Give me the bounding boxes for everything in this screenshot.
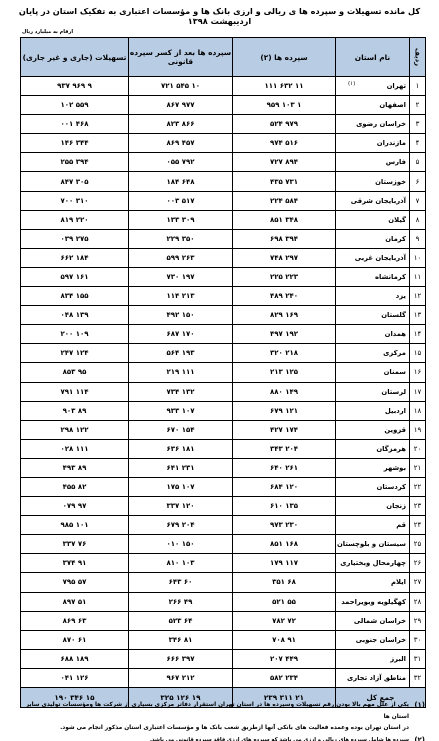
table-header-row: ردیف نام استان سپرده ها (۲) سپرده ها بعد… [21,38,426,77]
province-label: آذربایجان شرقی [351,197,406,205]
deposits-after-reserve-cell: ۲۰۴ ۶۷۹ [129,516,233,535]
table-row: ۵فارس۸۹۴ ۷۲۷۷۹۲ ۰۵۵۳۹۴ ۲۵۵ [21,153,426,172]
province-name: آذربایجان غربی [336,248,410,267]
deposits-cell: ۱۴۹ ۸۸۰ [233,382,336,401]
province-label: خراسان شمالی [354,617,406,625]
province-name: لرستان [336,382,410,401]
row-number: ۳ [410,115,426,134]
province-name: بوشهر [336,458,410,477]
province-name: همدان [336,325,410,344]
loans-cell: ۱۶۱ ۵۹۷ [21,267,129,286]
row-number: ۲۵ [410,535,426,554]
table-row: ۲۴قم۲۳۰ ۹۷۳۲۰۴ ۶۷۹۱۰۱ ۹۸۵ [21,516,426,535]
table-row: ۳۱البرز۴۴۹ ۲۰۷۳۹۷ ۶۶۶۱۸۹ ۶۸۸ [21,649,426,668]
province-name: قم [336,516,410,535]
province-name: تهران(۱) [336,77,410,96]
deposits-after-reserve-cell: ۱۲۰ ۳۳۷ [129,497,233,516]
footnote-marker: (۱) [409,700,425,723]
deposits-cell: ۱۲۰ ۶۸۴ [233,477,336,496]
loans-cell: ۱۲۴ ۲۴۷ [21,344,129,363]
table-row: ۶خوزستان۷۳۱ ۴۳۵۶۴۸ ۱۸۴۳۰۵ ۸۴۷ [21,172,426,191]
loans-cell: ۱۲۶ ۰۴۱ [21,668,129,687]
province-label: خراسان رضوی [356,120,406,128]
row-number: ۱۰ [410,248,426,267]
province-label: زنجان [386,502,406,510]
loans-cell: ۸۹ ۹۰۳ [21,401,129,420]
header-row-number: ردیف [410,38,426,77]
table-row: ۱۷لرستان۱۴۹ ۸۸۰۱۳۲ ۷۳۴۱۱۴ ۷۹۱ [21,382,426,401]
deposits-after-reserve-cell: ۱۵۰ ۴۹۲ [129,306,233,325]
table-row: ۱۰آذربایجان غربی۲۹۷ ۷۴۸۲۶۳ ۵۹۹۱۸۴ ۶۶۲ [21,248,426,267]
deposits-after-reserve-cell: ۴۹ ۲۶۶ [129,592,233,611]
deposits-cell: ۷۲ ۷۸۲ [233,611,336,630]
header-province: نام استان [336,38,410,77]
province-label: چهارمحال وبختیاری [340,559,406,567]
footnote-ref: (۱) [348,81,355,87]
row-number: ۱۹ [410,420,426,439]
loans-cell: ۹۱ ۳۷۴ [21,554,129,573]
province-name: کهگیلویه وبویراحمد [336,592,410,611]
table-row: ۱۵مرکزی۲۱۸ ۳۲۰۱۹۳ ۵۶۴۱۲۴ ۲۴۷ [21,344,426,363]
loans-cell: ۱۱۱ ۰۲۸ [21,439,129,458]
province-name: اردبیل [336,401,410,420]
table-row: ۲۵سیستان و بلوچستان۱۶۸ ۸۵۱۱۵۰ ۰۱۰۷۶ ۳۳۷ [21,535,426,554]
footnote-text: سپرده ها شامل سپرده های ریالی و ارزی می … [150,735,409,741]
loans-cell: ۱۸۹ ۶۸۸ [21,649,129,668]
province-name: کردستان [336,477,410,496]
province-label: خراسان جنوبی [356,636,406,644]
province-label: ایلام [391,578,406,586]
deposits-after-reserve-cell: ۱۵۴ ۶۷۰ [129,420,233,439]
loans-cell: ۱۲۲ ۲۹۸ [21,420,129,439]
deposits-after-reserve-cell: ۵۱۷ ۰۰۳ [129,191,233,210]
deposits-cell: ۲۳۰ ۹۷۳ [233,516,336,535]
province-name: ایلام [336,573,410,592]
province-name: یزد [336,287,410,306]
province-label: کردستان [377,483,406,491]
deposits-after-reserve-cell: ۱۸۱ ۶۳۶ [129,439,233,458]
province-label: البرز [390,655,406,663]
province-label: اردبیل [385,407,406,415]
loans-cell: ۳۰۵ ۸۴۷ [21,172,129,191]
province-label: همدان [385,330,406,338]
province-name: مناطق آزاد تجاری [336,668,410,687]
deposits-cell: ۶۸ ۳۵۱ [233,573,336,592]
deposits-cell: ۲۲۳ ۲۲۵ [233,267,336,286]
deposits-after-reserve-cell: ۶۴۸ ۱۸۴ [129,172,233,191]
loans-cell: ۲۷۵ ۰۳۹ [21,229,129,248]
province-label: کهگیلویه وبویراحمد [341,598,406,606]
row-number: ۴ [410,134,426,153]
header-deposits: سپرده ها (۲) [233,38,336,77]
deposits-cell: ۱۲۱ ۶۷۹ [233,401,336,420]
deposits-after-reserve-cell: ۳۵۰ ۲۲۹ [129,229,233,248]
province-name: گیلان [336,210,410,229]
deposits-after-reserve-cell: ۱۱۱ ۲۱۹ [129,363,233,382]
province-label: بوشهر [384,464,406,472]
row-number: ۱۷ [410,382,426,401]
deposits-cell: ۱۱ ۶۳۲ ۱۱۱ [233,77,336,96]
header-loans: تسهیلات (جاری و غیر جاری) [21,38,129,77]
province-label: مازندران [377,139,406,147]
deposits-cell: ۵۱۶ ۹۷۴ [233,134,336,153]
province-name: چهارمحال وبختیاری [336,554,410,573]
footnote-text: یکی از علل مهم بالا بودن رقم تسهیلات وسپ… [20,700,409,723]
deposits-cell: ۱۶۹ ۸۲۹ [233,306,336,325]
deposits-after-reserve-cell: ۱۹۷ ۷۳۰ [129,267,233,286]
deposits-cell: ۱۳۵ ۶۱۰ [233,497,336,516]
deposits-after-reserve-cell: ۲۱۳ ۱۱۴ [129,287,233,306]
deposits-cell: ۳۴۸ ۸۵۱ [233,210,336,229]
row-number: ۸ [410,210,426,229]
loans-cell: ۱۸۴ ۶۶۲ [21,248,129,267]
province-name: سمنان [336,363,410,382]
deposits-cell: ۲۰۴ ۳۴۳ [233,439,336,458]
loans-cell: ۱۱۴ ۷۹۱ [21,382,129,401]
row-number: ۲۸ [410,592,426,611]
deposits-after-reserve-cell: ۴۵۷ ۸۶۹ [129,134,233,153]
loans-cell: ۸۲ ۴۵۵ [21,477,129,496]
province-label: هرمزگان [376,445,406,453]
province-name: خراسان رضوی [336,115,410,134]
province-label: گیلان [388,216,406,224]
deposits-after-reserve-cell: ۲۱۲ ۹۶۷ [129,668,233,687]
province-label: فارس [386,158,406,166]
deposits-cell: ۱۱۷ ۱۷۹ [233,554,336,573]
loans-cell: ۳۴۴ ۱۴۶ [21,134,129,153]
row-number: ۲۱ [410,458,426,477]
deposits-after-reserve-cell: ۹۷۷ ۸۶۷ [129,96,233,115]
row-number: ۱۱ [410,267,426,286]
unit-note: ارقام به میلیارد ریال [22,29,73,35]
deposits-after-reserve-cell: ۱۰۷ ۱۷۵ [129,477,233,496]
footnote-1-continuation: در استان تهران بوده وعمده فعالیت های بان… [20,723,425,735]
deposits-after-reserve-cell: ۳۰۹ ۱۳۳ [129,210,233,229]
deposits-after-reserve-cell: ۱۹۳ ۵۶۴ [129,344,233,363]
page-title: کل مانده تسهیلات و سپرده ها ی ریالی و ار… [0,6,439,26]
province-name: خوزستان [336,172,410,191]
province-name: فارس [336,153,410,172]
table-row: ۲۰هرمزگان۲۰۴ ۳۴۳۱۸۱ ۶۳۶۱۱۱ ۰۲۸ [21,439,426,458]
province-label: اصفهان [379,101,406,109]
province-name: خراسان شمالی [336,611,410,630]
table-row: ۸گیلان۳۴۸ ۸۵۱۳۰۹ ۱۳۳۲۲۰ ۸۱۹ [21,210,426,229]
loans-cell: ۱۰۱ ۹۸۵ [21,516,129,535]
province-name: زنجان [336,497,410,516]
province-label: تهران [387,82,406,90]
province-label: مرکزی [383,349,406,357]
deposits-cell: ۲۶۱ ۶۴۰ [233,458,336,477]
province-label: خوزستان [375,178,406,186]
row-number: ۲۳ [410,497,426,516]
province-label: قزوین [384,426,406,434]
loans-cell: ۴۶۸ ۰۰۱ [21,115,129,134]
province-label: گلستان [381,311,406,319]
table-row: ۹کرمان۳۹۴ ۶۹۸۳۵۰ ۲۲۹۲۷۵ ۰۳۹ [21,229,426,248]
province-name: مازندران [336,134,410,153]
loans-cell: ۱۰۹ ۲۰۰ [21,325,129,344]
deposits-cell: ۲۹۷ ۷۴۸ [233,248,336,267]
deposits-after-reserve-cell: ۱۰۷ ۹۳۳ [129,401,233,420]
table-row: ۳۰خراسان جنوبی۹۱ ۷۰۸۸۱ ۳۴۶۶۱ ۸۷۰ [21,630,426,649]
deposits-cell: ۱۷۴ ۴۲۷ [233,420,336,439]
loans-cell: ۹ ۹۶۹ ۹۳۷ [21,77,129,96]
province-label: سمنان [384,368,406,376]
province-label: مناطق آزاد تجاری [347,674,406,682]
province-label: قم [396,521,406,529]
loans-cell: ۵۵۹ ۱۰۲ [21,96,129,115]
table-row: ۱۸اردبیل۱۲۱ ۶۷۹۱۰۷ ۹۳۳۸۹ ۹۰۳ [21,401,426,420]
deposits-cell: ۱۲۵ ۲۱۳ [233,363,336,382]
province-name: سیستان و بلوچستان [336,535,410,554]
row-number: ۱۸ [410,401,426,420]
table-row: ۲۹خراسان شمالی۷۲ ۷۸۲۶۴ ۵۲۳۶۳ ۸۶۹ [21,611,426,630]
deposits-after-reserve-cell: ۸۱ ۳۴۶ [129,630,233,649]
loans-cell: ۳۱۰ ۷۰۰ [21,191,129,210]
deposits-after-reserve-cell: ۸۶۶ ۸۲۳ [129,115,233,134]
loans-cell: ۶۱ ۸۷۰ [21,630,129,649]
province-name: قزوین [336,420,410,439]
row-number: ۵ [410,153,426,172]
province-name: کرمان [336,229,410,248]
loans-cell: ۲۲۰ ۸۱۹ [21,210,129,229]
deposits-cell: ۵۵ ۵۲۱ [233,592,336,611]
deposits-cell: ۸۹۴ ۷۲۷ [233,153,336,172]
footnotes: (۱) یکی از علل مهم بالا بودن رقم تسهیلات… [20,700,425,741]
province-label: آذربایجان غربی [355,254,406,262]
table-row: ۲۱بوشهر۲۶۱ ۶۴۰۲۳۱ ۶۴۱۸۹ ۴۹۳ [21,458,426,477]
loans-cell: ۹۷ ۰۷۹ [21,497,129,516]
table-row: ۳خراسان رضوی۹۷۹ ۵۲۴۸۶۶ ۸۲۳۴۶۸ ۰۰۱ [21,115,426,134]
province-name: البرز [336,649,410,668]
province-name: هرمزگان [336,439,410,458]
table-row: ۱۲یزد۲۴۰ ۴۸۹۲۱۳ ۱۱۴۱۵۵ ۸۳۴ [21,287,426,306]
table-row: ۲اصفهان۱ ۱۰۳ ۹۵۹۹۷۷ ۸۶۷۵۵۹ ۱۰۲ [21,96,426,115]
row-number: ۱۴ [410,325,426,344]
row-number: ۱۲ [410,287,426,306]
table-row: ۱تهران(۱)۱۱ ۶۳۲ ۱۱۱۱۰ ۵۴۵ ۷۲۱۹ ۹۶۹ ۹۳۷ [21,77,426,96]
deposits-cell: ۹۱ ۷۰۸ [233,630,336,649]
row-number: ۷ [410,191,426,210]
loans-cell: ۷۶ ۳۳۷ [21,535,129,554]
province-name: گلستان [336,306,410,325]
deposits-cell: ۳۹۴ ۶۹۸ [233,229,336,248]
table-row: ۱۱کرمانشاه۲۲۳ ۲۲۵۱۹۷ ۷۳۰۱۶۱ ۵۹۷ [21,267,426,286]
row-number: ۲۶ [410,554,426,573]
table-row: ۱۹قزوین۱۷۴ ۴۲۷۱۵۴ ۶۷۰۱۲۲ ۲۹۸ [21,420,426,439]
deposits-cell: ۵۸۴ ۲۲۴ [233,191,336,210]
footnote-marker: (۲) [409,735,425,741]
loans-cell: ۳۹۴ ۲۵۵ [21,153,129,172]
deposits-after-reserve-cell: ۶۴ ۵۲۳ [129,611,233,630]
header-deposits-after-reserve: سپرده ها بعد از کسر سپرده قانونی [129,38,233,77]
row-number: ۱۵ [410,344,426,363]
loans-cell: ۹۵ ۸۵۳ [21,363,129,382]
province-name: کرمانشاه [336,267,410,286]
table-row: ۱۶سمنان۱۲۵ ۲۱۳۱۱۱ ۲۱۹۹۵ ۸۵۳ [21,363,426,382]
province-label: سیستان و بلوچستان [337,540,406,548]
deposits-after-reserve-cell: ۷۹۲ ۰۵۵ [129,153,233,172]
province-name: مرکزی [336,344,410,363]
province-table: ردیف نام استان سپرده ها (۲) سپرده ها بعد… [20,37,426,708]
deposits-cell: ۹۷۹ ۵۲۴ [233,115,336,134]
row-number: ۹ [410,229,426,248]
row-number: ۱۶ [410,363,426,382]
deposits-after-reserve-cell: ۱۰ ۵۴۵ ۷۲۱ [129,77,233,96]
deposits-after-reserve-cell: ۶۰ ۶۴۳ [129,573,233,592]
row-number: ۳۰ [410,630,426,649]
row-number: ۱ [410,77,426,96]
deposits-after-reserve-cell: ۱۵۰ ۰۱۰ [129,535,233,554]
province-label: یزد [396,292,406,300]
row-number: ۳۱ [410,649,426,668]
table-row: ۲۸کهگیلویه وبویراحمد۵۵ ۵۲۱۴۹ ۲۶۶۵۱ ۸۹۷ [21,592,426,611]
deposits-after-reserve-cell: ۱۰۳ ۸۱۰ [129,554,233,573]
deposits-cell: ۲۴۰ ۴۸۹ [233,287,336,306]
table-row: ۲۷ایلام۶۸ ۳۵۱۶۰ ۶۴۳۵۷ ۷۹۵ [21,573,426,592]
table-row: ۲۲کردستان۱۲۰ ۶۸۴۱۰۷ ۱۷۵۸۲ ۴۵۵ [21,477,426,496]
loans-cell: ۵۷ ۷۹۵ [21,573,129,592]
province-name: آذربایجان شرقی [336,191,410,210]
deposits-cell: ۲۱۸ ۳۲۰ [233,344,336,363]
deposits-after-reserve-cell: ۳۹۷ ۶۶۶ [129,649,233,668]
deposits-cell: ۱۶۸ ۸۵۱ [233,535,336,554]
deposits-after-reserve-cell: ۱۳۲ ۷۳۴ [129,382,233,401]
deposits-after-reserve-cell: ۲۶۳ ۵۹۹ [129,248,233,267]
loans-cell: ۱۵۵ ۸۳۴ [21,287,129,306]
row-number: ۲۴ [410,516,426,535]
row-number: ۲۰ [410,439,426,458]
deposits-after-reserve-cell: ۲۳۱ ۶۴۱ [129,458,233,477]
loans-cell: ۱۳۹ ۰۴۸ [21,306,129,325]
loans-cell: ۶۳ ۸۶۹ [21,611,129,630]
row-number: ۲ [410,96,426,115]
table-row: ۷آذربایجان شرقی۵۸۴ ۲۲۴۵۱۷ ۰۰۳۳۱۰ ۷۰۰ [21,191,426,210]
deposits-cell: ۴۴۹ ۲۰۷ [233,649,336,668]
row-number: ۲۹ [410,611,426,630]
deposits-cell: ۲۳۴ ۵۸۲ [233,668,336,687]
province-label: کرمان [385,235,406,243]
row-number: ۲۷ [410,573,426,592]
table-row: ۲۶چهارمحال وبختیاری۱۱۷ ۱۷۹۱۰۳ ۸۱۰۹۱ ۳۷۴ [21,554,426,573]
province-name: اصفهان [336,96,410,115]
table-row: ۳۲مناطق آزاد تجاری۲۳۴ ۵۸۲۲۱۲ ۹۶۷۱۲۶ ۰۴۱ [21,668,426,687]
loans-cell: ۵۱ ۸۹۷ [21,592,129,611]
table-row: ۱۳گلستان۱۶۹ ۸۲۹۱۵۰ ۴۹۲۱۳۹ ۰۴۸ [21,306,426,325]
footnote-2: (۲) سپرده ها شامل سپرده های ریالی و ارزی… [20,735,425,741]
table-row: ۱۴همدان۱۹۲ ۴۹۷۱۷۰ ۶۸۷۱۰۹ ۲۰۰ [21,325,426,344]
deposits-cell: ۱۹۲ ۴۹۷ [233,325,336,344]
province-label: کرمانشاه [375,273,406,281]
table-row: ۲۳زنجان۱۳۵ ۶۱۰۱۲۰ ۳۳۷۹۷ ۰۷۹ [21,497,426,516]
province-label: لرستان [381,388,406,396]
row-number: ۱۳ [410,306,426,325]
province-name: خراسان جنوبی [336,630,410,649]
deposits-cell: ۱ ۱۰۳ ۹۵۹ [233,96,336,115]
deposits-after-reserve-cell: ۱۷۰ ۶۸۷ [129,325,233,344]
row-number: ۶ [410,172,426,191]
footnote-1: (۱) یکی از علل مهم بالا بودن رقم تسهیلات… [20,700,425,723]
loans-cell: ۸۹ ۴۹۳ [21,458,129,477]
row-number: ۲۲ [410,477,426,496]
deposits-cell: ۷۳۱ ۴۳۵ [233,172,336,191]
row-number: ۳۲ [410,668,426,687]
table-row: ۴مازندران۵۱۶ ۹۷۴۴۵۷ ۸۶۹۳۴۴ ۱۴۶ [21,134,426,153]
